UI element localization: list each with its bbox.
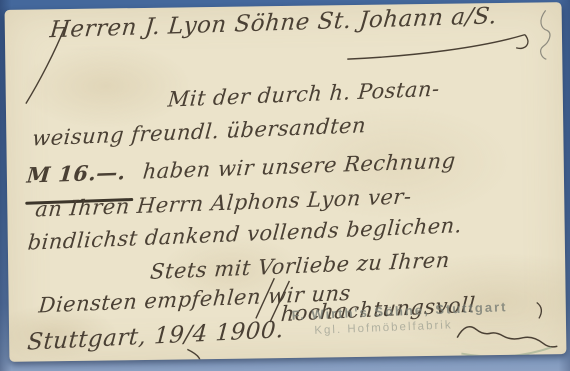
body-line-3: M 16.—. haben wir unsere Rechnung [26, 148, 457, 188]
place-date-line: Stuttgart, 19/4 1900. [26, 317, 285, 356]
body-line-1: Mit der durch h. Postan- [167, 77, 441, 112]
pencil-mark [540, 10, 550, 59]
body-line-2: weisung freundl. übersandten [31, 113, 367, 151]
recipient-underline-flourish [347, 35, 528, 60]
recipient-line: Herren J. Lyon Söhne St. Johann a/S. [49, 3, 498, 43]
amount-value: M 16.—. [26, 159, 127, 188]
body-line-6: Stets mit Vorliebe zu Ihren [149, 248, 451, 284]
body-line-3-rest: haben wir unsere Rechnung [142, 149, 457, 184]
body-line-4: an Ihren Herrn Alphons Lyon ver- [34, 184, 412, 221]
postcard: Herren J. Lyon Söhne St. Johann a/S. Mit… [5, 2, 567, 362]
signature-bracket-stroke [537, 302, 542, 318]
